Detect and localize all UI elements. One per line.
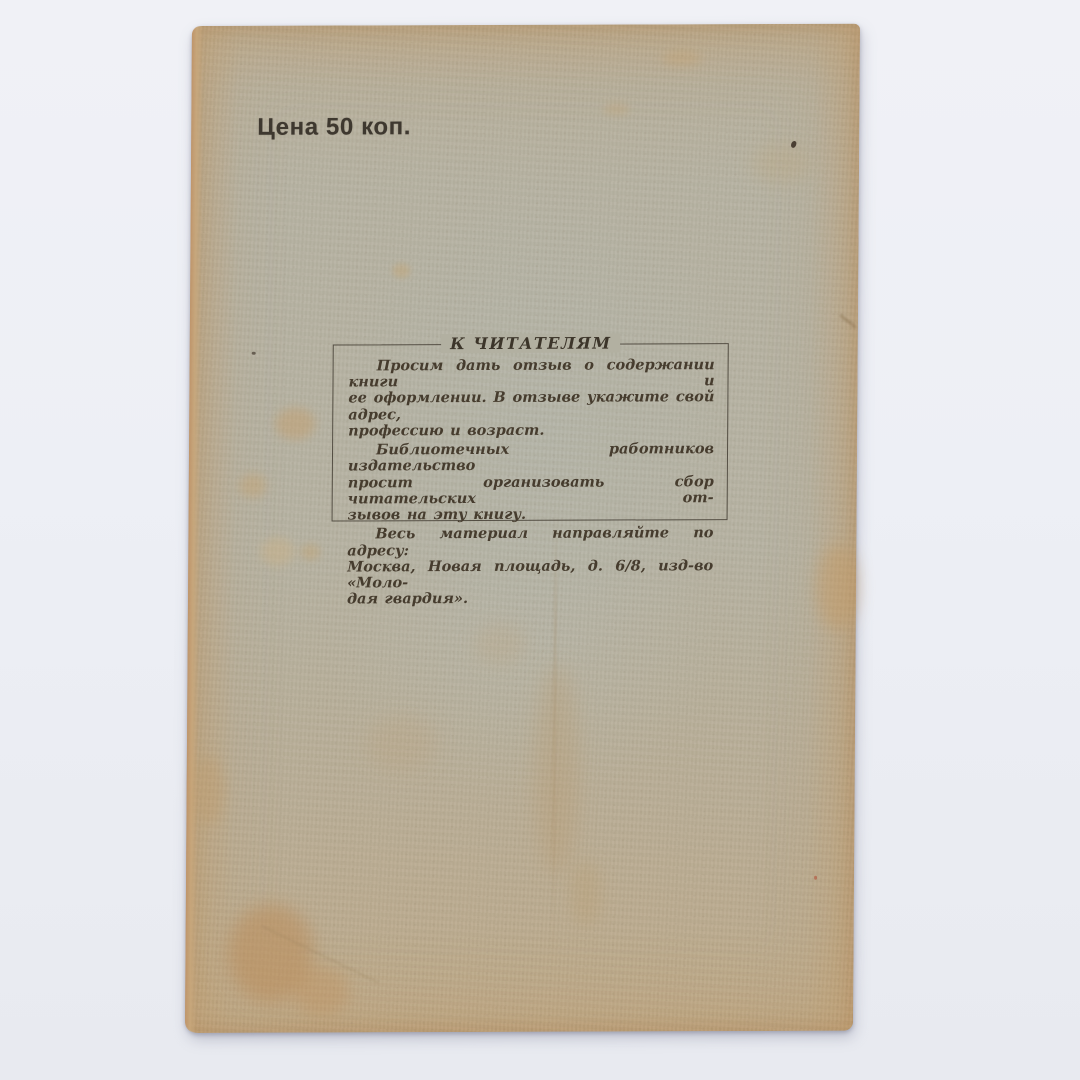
- ink-speck: [790, 140, 796, 148]
- paper-stain: [367, 715, 437, 770]
- ink-speck: [814, 876, 817, 880]
- paper-stain: [227, 904, 314, 1002]
- paper-stain: [570, 861, 602, 927]
- paper-crease: [839, 314, 857, 329]
- paper-stain: [194, 756, 224, 826]
- notice-heading: К ЧИТАТЕЛЯМ: [441, 333, 620, 353]
- notice-line: дая гвардия».: [347, 590, 713, 608]
- paper-stain: [751, 144, 811, 184]
- paper-stain: [293, 965, 349, 1015]
- paper-stain: [603, 102, 629, 115]
- paper-stain: [534, 665, 579, 875]
- price-label: Цена 50 коп.: [257, 113, 411, 142]
- notice-body: Просим дать отзыв о содержании книги и е…: [347, 357, 715, 608]
- paper-stain: [816, 544, 859, 630]
- ink-speck: [252, 352, 256, 355]
- paper-stain: [275, 408, 315, 440]
- paper-crease: [262, 925, 379, 983]
- book-page-edge: [185, 26, 203, 1033]
- notice-line: зывов на эту книгу.: [348, 506, 714, 524]
- notice-line: Москва, Новая площадь, д. 6/8, изд-во «М…: [347, 558, 713, 592]
- paper-stain: [662, 50, 702, 66]
- notice-line: Весь материал направляйте по адресу:: [347, 526, 713, 560]
- notice-line: просит организовать сбор читательских от…: [348, 474, 714, 508]
- book-back-cover: Цена 50 коп. К ЧИТАТЕЛЯМ Просим дать отз…: [185, 24, 860, 1033]
- notice-line: Просим дать отзыв о содержании книги и: [348, 357, 714, 391]
- paper-stain: [260, 538, 294, 566]
- notice-line: ее оформлении. В отзыве укажите свой адр…: [348, 390, 714, 424]
- paper-stain: [300, 544, 320, 561]
- notice-line: профессию и возраст.: [348, 422, 714, 440]
- readers-notice-box: К ЧИТАТЕЛЯМ Просим дать отзыв о содержан…: [332, 343, 729, 521]
- paper-stain: [239, 474, 267, 498]
- paper-stain: [474, 623, 528, 665]
- paper-stain: [392, 263, 410, 278]
- notice-line: Библиотечных работников издательство: [348, 441, 714, 475]
